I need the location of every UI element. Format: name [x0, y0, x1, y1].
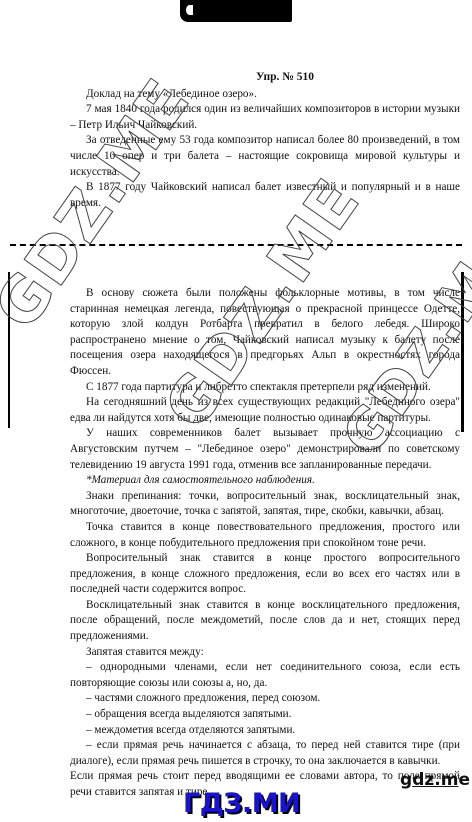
exercise-section: Упр. № 510 Доклад на тему «Лебединое озе… [70, 70, 460, 211]
right-margin-bar [461, 272, 464, 432]
paragraph: Доклад на тему «Лебединое озеро». [70, 87, 460, 103]
site-logo-icon [180, 0, 292, 22]
site-link-part: e [458, 770, 470, 790]
site-link-part: dz.m [412, 770, 458, 790]
list-item: – однородными членами, если нет соединит… [70, 660, 460, 691]
paragraph: Точка ставится в конце повествовательног… [70, 520, 460, 551]
note-paragraph: *Материал для самостоятельного наблюдени… [70, 473, 460, 489]
list-item: – междометия всегда отделяются запятыми. [70, 723, 460, 739]
paragraph: За отведенные ему 53 года композитор нап… [70, 133, 460, 180]
cut-divider [10, 244, 462, 246]
continuation-section: В основу сюжета были положены фольклорны… [70, 286, 460, 801]
list-item: – если прямая речь начинается с абзаца, … [70, 738, 460, 769]
paragraph: Восклицательный знак ставится в конце во… [70, 598, 460, 645]
paragraph: 7 мая 1840 года родился один из величайш… [70, 102, 460, 133]
list-item: – обращения всегда выделяются запятыми. [70, 707, 460, 723]
list-item: – частями сложного предложения, перед со… [70, 691, 460, 707]
paragraph: На сегодняшний день из всех существующих… [70, 395, 460, 426]
paragraph: У наших современников балет вызывает про… [70, 426, 460, 473]
paragraph: В 1877 году Чайковский написал балет изв… [70, 180, 460, 211]
paragraph: В основу сюжета были положены фольклорны… [70, 286, 460, 380]
paragraph: Знаки препинания: точки, вопросительный … [70, 489, 460, 520]
exercise-title: Упр. № 510 [70, 70, 460, 86]
site-link-gdz-mi[interactable]: ГДЗ.МИ [183, 788, 300, 819]
logo-c-glyph [186, 5, 193, 15]
paragraph: Вопросительный знак ставится в конце про… [70, 551, 460, 598]
paragraph: С 1877 года партитура и либретто спектак… [70, 380, 460, 396]
site-link-gdz-me[interactable]: gdz.me [400, 770, 470, 790]
site-link-part: g [400, 770, 412, 790]
left-margin-bar [8, 272, 10, 428]
paragraph: Запятая ставится между: [70, 645, 460, 661]
